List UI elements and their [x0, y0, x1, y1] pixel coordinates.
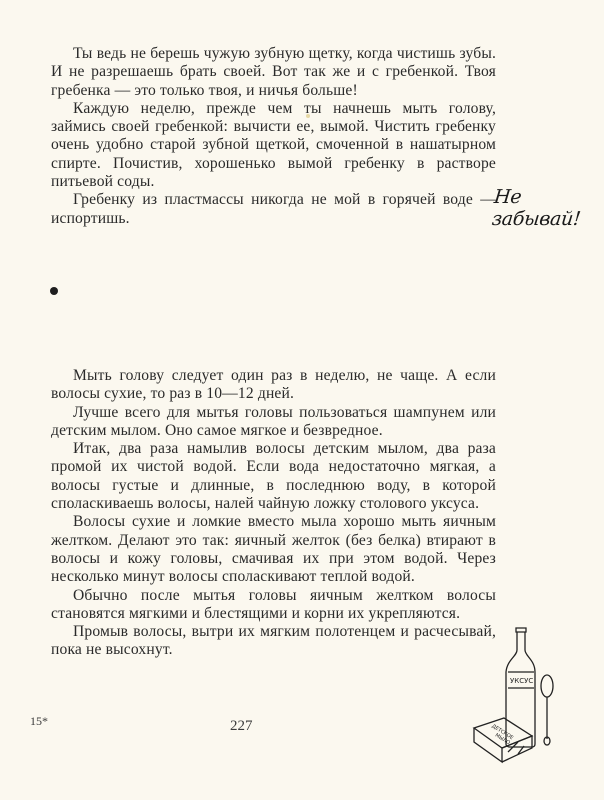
paragraph: Мыть голову следует один раз в неделю, н… [51, 367, 496, 404]
page-number: 227 [230, 718, 253, 735]
bottom-text-section: Мыть голову следует один раз в неделю, н… [51, 367, 496, 660]
vinegar-soap-spoon-illustration: УКСУС ДЕТСКОЕ МЫЛО [460, 620, 604, 780]
paragraph: Обычно после мытья головы яичным желтком… [51, 587, 496, 624]
paragraph: Лучше всего для мытья головы пользоватьс… [51, 404, 496, 441]
top-text-section: Ты ведь не берешь чужую зубную щетку, ко… [51, 45, 496, 228]
book-page: Ты ведь не берешь чужую зубную щетку, ко… [0, 0, 604, 800]
paragraph: Итак, два раза намылив волосы детским мы… [51, 440, 496, 513]
paragraph: Ты ведь не берешь чужую зубную щетку, ко… [51, 45, 496, 100]
margin-note-handwritten: Не забывай! [491, 186, 604, 230]
paragraph: Гребенку из пластмассы никогда не мой в … [51, 191, 496, 228]
bullet-dot-icon [50, 287, 58, 295]
bottle-label: УКСУС [510, 677, 533, 685]
paragraph: Каждую неделю, прежде чем ты начнешь мыт… [51, 100, 496, 191]
printer-signature-mark: 15* [30, 714, 48, 729]
spoon-icon [541, 675, 553, 745]
paragraph: Волосы сухие и ломкие вместо мыла хорошо… [51, 513, 496, 586]
paragraph: Промыв волосы, вытри их мягким полотенце… [51, 623, 496, 660]
soap-bar-icon: ДЕТСКОЕ МЫЛО [474, 718, 532, 762]
